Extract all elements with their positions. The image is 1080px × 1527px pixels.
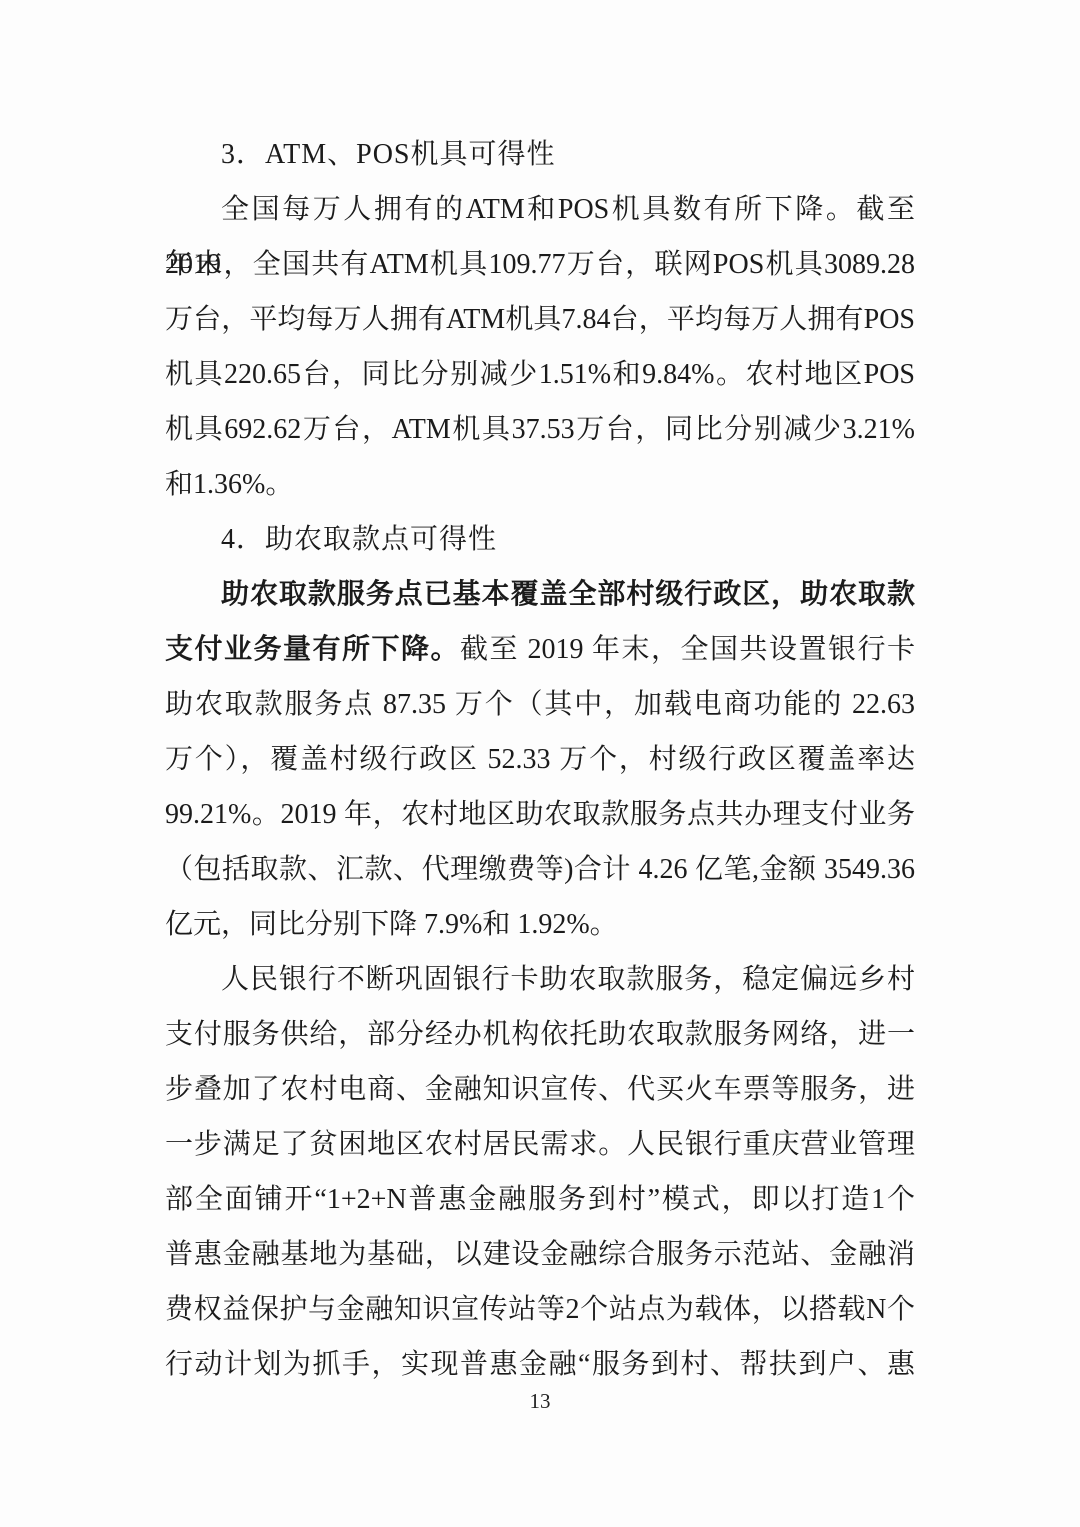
text-line: 万台，平均每万人拥有ATM机具7.84台，平均每万人拥有POS xyxy=(165,292,915,347)
text-segment: 一步满足了贫困地区农村居民需求。人民银行重庆营业管理 xyxy=(165,1129,915,1160)
text-segment: 人民银行不断巩固银行卡助农取款服务，稳定偏远乡村 xyxy=(221,964,915,995)
text-line: 机具220.65台，同比分别减少1.51%和9.84%。农村地区POS xyxy=(165,347,915,402)
text-line: 亿元，同比分别下降 7.9%和 1.92%。 xyxy=(165,897,915,952)
text-line: 万个），覆盖村级行政区 52.33 万个，村级行政区覆盖率达 xyxy=(165,732,915,787)
document-page: 3．ATM、POS机具可得性全国每万人拥有的ATM和POS机具数有所下降。截至2… xyxy=(0,0,1080,1527)
text-segment: 99.21%。2019 年，农村地区助农取款服务点共办理支付业务 xyxy=(165,799,915,830)
text-line: 助农取款服务点 87.35 万个（其中，加载电商功能的 22.63 xyxy=(165,677,915,732)
text-segment: 亿元，同比分别下降 7.9%和 1.92%。 xyxy=(165,909,618,940)
text-segment: 步叠加了农村电商、金融知识宣传、代买火车票等服务，进 xyxy=(165,1074,915,1105)
paragraph: 人民银行不断巩固银行卡助农取款服务，稳定偏远乡村支付服务供给，部分经办机构依托助… xyxy=(165,952,915,1392)
bold-text-segment: 助农取款服务点已基本覆盖全部村级行政区，助农取款 xyxy=(221,579,915,610)
text-segment: 支付服务供给，部分经办机构依托助农取款服务网络，进一 xyxy=(165,1019,915,1050)
text-line: 助农取款服务点已基本覆盖全部村级行政区，助农取款 xyxy=(165,567,915,622)
text-segment: 机具692.62万台，ATM机具37.53万台，同比分别减少3.21% xyxy=(165,414,915,445)
text-line: 一步满足了贫困地区农村居民需求。人民银行重庆营业管理 xyxy=(165,1117,915,1172)
paragraph: 全国每万人拥有的ATM和POS机具数有所下降。截至2019年末，全国共有ATM机… xyxy=(165,182,915,512)
text-line: 机具692.62万台，ATM机具37.53万台，同比分别减少3.21% xyxy=(165,402,915,457)
text-line: 支付业务量有所下降。截至 2019 年末，全国共设置银行卡 xyxy=(165,622,915,677)
text-line: 费权益保护与金融知识宣传站等2个站点为载体，以搭载N个 xyxy=(165,1282,915,1337)
text-segment: 费权益保护与金融知识宣传站等2个站点为载体，以搭载N个 xyxy=(165,1294,915,1325)
text-segment: 普惠金融基地为基础，以建设金融综合服务示范站、金融消 xyxy=(165,1239,915,1270)
section-heading: 4．助农取款点可得性 xyxy=(165,512,915,567)
text-segment: 万个），覆盖村级行政区 52.33 万个，村级行政区覆盖率达 xyxy=(165,744,915,775)
text-line: （包括取款、汇款、代理缴费等)合计 4.26 亿笔,金额 3549.36 xyxy=(165,842,915,897)
text-segment: 万台，平均每万人拥有ATM机具7.84台，平均每万人拥有POS xyxy=(165,304,915,335)
text-line: 部全面铺开“1+2+N普惠金融服务到村”模式，即以打造1个 xyxy=(165,1172,915,1227)
text-line: 人民银行不断巩固银行卡助农取款服务，稳定偏远乡村 xyxy=(165,952,915,1007)
section-heading: 3．ATM、POS机具可得性 xyxy=(165,127,915,182)
text-line: 99.21%。2019 年，农村地区助农取款服务点共办理支付业务 xyxy=(165,787,915,842)
text-line: 步叠加了农村电商、金融知识宣传、代买火车票等服务，进 xyxy=(165,1062,915,1117)
text-line: 年末，全国共有ATM机具109.77万台，联网POS机具3089.28 xyxy=(165,237,915,292)
text-line: 和1.36%。 xyxy=(165,457,915,512)
document-content: 3．ATM、POS机具可得性全国每万人拥有的ATM和POS机具数有所下降。截至2… xyxy=(165,127,915,1392)
text-line: 全国每万人拥有的ATM和POS机具数有所下降。截至2019 xyxy=(165,182,915,237)
text-segment: 和1.36%。 xyxy=(165,469,293,500)
bold-text-segment: 支付业务量有所下降。 xyxy=(165,634,460,665)
text-line: 行动计划为抓手，实现普惠金融“服务到村、帮扶到户、惠 xyxy=(165,1337,915,1392)
text-segment: 行动计划为抓手，实现普惠金融“服务到村、帮扶到户、惠 xyxy=(165,1349,915,1380)
text-segment: 年末，全国共有ATM机具109.77万台，联网POS机具3089.28 xyxy=(165,249,915,280)
text-segment: 机具220.65台，同比分别减少1.51%和9.84%。农村地区POS xyxy=(165,359,915,390)
page-footer: 13 xyxy=(0,1386,1080,1416)
text-segment: （包括取款、汇款、代理缴费等)合计 4.26 亿笔,金额 3549.36 xyxy=(165,854,915,885)
page-number: 13 xyxy=(530,1389,551,1413)
text-segment: 助农取款服务点 87.35 万个（其中，加载电商功能的 22.63 xyxy=(165,689,915,720)
text-line: 普惠金融基地为基础，以建设金融综合服务示范站、金融消 xyxy=(165,1227,915,1282)
text-line: 支付服务供给，部分经办机构依托助农取款服务网络，进一 xyxy=(165,1007,915,1062)
paragraph: 助农取款服务点已基本覆盖全部村级行政区，助农取款支付业务量有所下降。截至 201… xyxy=(165,567,915,952)
text-segment: 截至 2019 年末，全国共设置银行卡 xyxy=(460,634,915,665)
text-segment: 部全面铺开“1+2+N普惠金融服务到村”模式，即以打造1个 xyxy=(165,1184,915,1215)
